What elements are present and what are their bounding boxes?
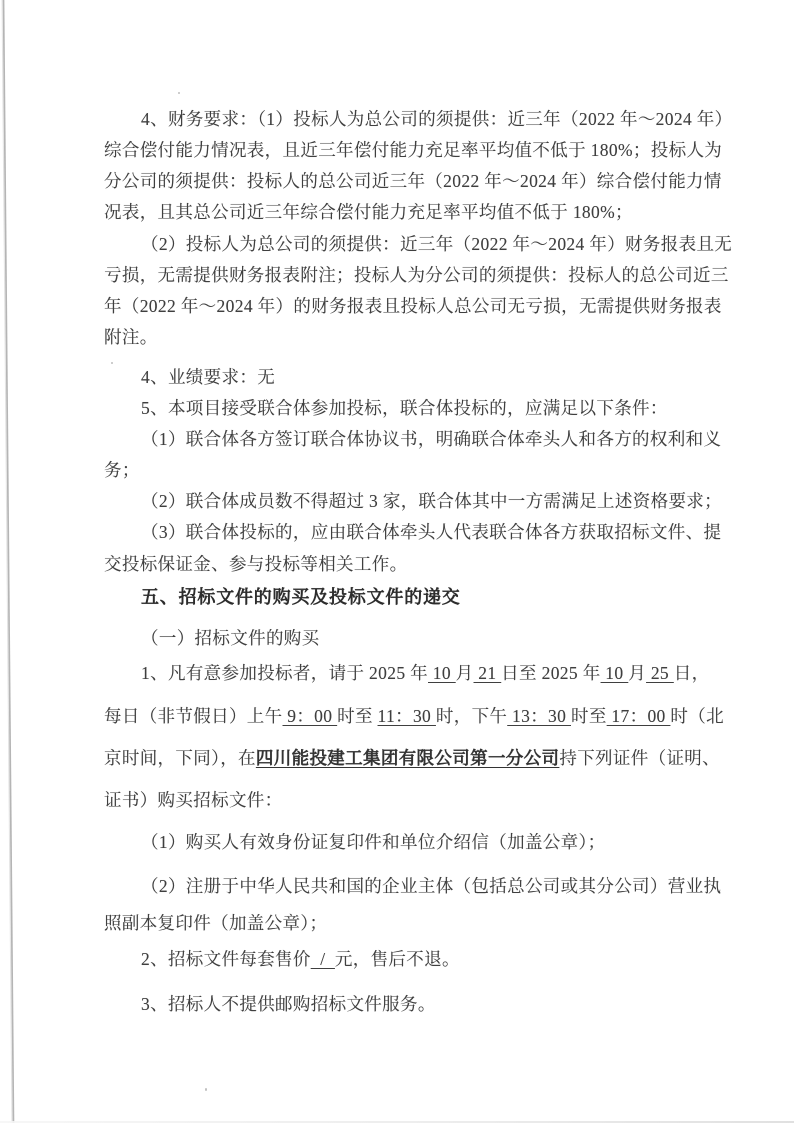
text-segment: 证书）购买招标文件： xyxy=(104,790,283,810)
text-segment: 2、招标文件每套售价 xyxy=(141,949,311,969)
text-segment: 时，下午 xyxy=(436,706,507,726)
scanned-document-page: 4、财务要求：（1）投标人为总公司的须提供：近三年（2022 年～2024 年）… xyxy=(0,0,794,1123)
text-line-6: 亏损，无需提供财务报表附注；投标人为分公司的须提供：投标人的总公司近三 xyxy=(104,264,729,287)
text-line-4: 况表，且其总公司近三年综合偿付能力充足率平均值不低于 180%； xyxy=(104,201,633,224)
text-line-13: （2）联合体成员数不得超过 3 家，联合体其中一方需满足上述资格要求； xyxy=(141,490,722,513)
text-segment: 4、业绩要求：无 xyxy=(141,367,275,387)
underlined-fill-in-text: 11：30 xyxy=(378,706,436,726)
text-segment: 5、本项目接受联合体参加投标，联合体投标的，应满足以下条件： xyxy=(141,398,668,418)
text-segment: 持下列证件（证明、 xyxy=(559,748,720,768)
document-text: 4、财务要求：（1）投标人为总公司的须提供：近三年（2022 年～2024 年）… xyxy=(0,0,794,1123)
text-segment: 交投标保证金、参与投标等相关工作。 xyxy=(104,554,407,574)
text-segment: （一）招标文件的购买 xyxy=(141,628,320,648)
text-line-21: 证书）购买招标文件： xyxy=(104,789,283,812)
text-segment: 时至 xyxy=(571,706,607,726)
scan-speck xyxy=(205,1088,207,1091)
text-segment: 附注。 xyxy=(104,327,158,347)
text-segment: （2）联合体成员数不得超过 3 家，联合体其中一方需满足上述资格要求； xyxy=(141,491,722,511)
text-segment: 每日（非节假日）上午 xyxy=(104,706,283,726)
text-line-7: 年（2022 年～2024 年）的财务报表且投标人总公司无亏损，无需提供财务报表 xyxy=(104,295,722,318)
text-segment: 况表，且其总公司近三年综合偿付能力充足率平均值不低于 180%； xyxy=(104,202,633,222)
underlined-fill-in-text: 9：00 xyxy=(283,706,338,726)
scan-speck xyxy=(111,362,113,364)
underlined-fill-in-text: 10 xyxy=(601,663,629,683)
underlined-fill-in-text: 17：00 xyxy=(607,706,671,726)
text-line-24: 照副本复印件（加盖公章）； xyxy=(104,912,327,935)
text-line-22: （1）购买人有效身份证复印件和单位介绍信（加盖公章）； xyxy=(141,831,605,854)
text-line-12: 务； xyxy=(104,459,140,482)
text-segment: 年（2022 年～2024 年）的财务报表且投标人总公司无亏损，无需提供财务报表 xyxy=(104,296,722,316)
underlined-fill-in-text: 21 xyxy=(474,663,502,683)
scan-speck xyxy=(178,92,180,94)
text-line-8: 附注。 xyxy=(104,326,158,349)
text-segment: （1）联合体各方签订联合体协议书，明确联合体牵头人和各方的权利和义 xyxy=(141,429,721,449)
text-segment: 时（北 xyxy=(670,706,724,726)
text-segment: 京时间，下同），在 xyxy=(104,748,256,768)
text-line-11: （1）联合体各方签订联合体协议书，明确联合体牵头人和各方的权利和义 xyxy=(141,428,721,451)
text-line-2: 综合偿付能力情况表，且近三年偿付能力充足率平均值不低于 180%；投标人为 xyxy=(104,139,722,162)
text-segment: （3）联合体投标的，应由联合体牵头人代表联合体各方获取招标文件、提 xyxy=(141,522,721,542)
text-line-17: （一）招标文件的购买 xyxy=(141,627,320,650)
text-line-20: 京时间，下同），在四川能投建工集团有限公司第一分公司持下列证件（证明、 xyxy=(104,747,720,770)
text-line-5: （2）投标人为总公司的须提供：近三年（2022 年～2024 年）财务报表且无 xyxy=(141,233,732,256)
text-segment: 1、凡有意参加投标者，请于 2025 年 xyxy=(141,663,428,683)
text-line-9: 4、业绩要求：无 xyxy=(141,366,275,389)
text-line-23: （2）注册于中华人民共和国的企业主体（包括总公司或其分公司）营业执 xyxy=(141,875,721,898)
text-segment: （1）购买人有效身份证复印件和单位介绍信（加盖公章）； xyxy=(141,832,605,852)
underlined-fill-in-text: 10 xyxy=(428,663,456,683)
text-segment: 时至 xyxy=(337,706,377,726)
text-segment: 分公司的须提供：投标人的总公司近三年（2022 年～2024 年）综合偿付能力情 xyxy=(104,171,722,191)
text-line-1: 4、财务要求：（1）投标人为总公司的须提供：近三年（2022 年～2024 年） xyxy=(141,108,733,131)
text-segment: （2）投标人为总公司的须提供：近三年（2022 年～2024 年）财务报表且无 xyxy=(141,234,732,254)
text-line-26: 3、招标人不提供邮购招标文件服务。 xyxy=(141,993,436,1016)
text-line-25: 2、招标文件每套售价 / 元，售后不退。 xyxy=(141,948,460,971)
text-segment: 4、财务要求：（1）投标人为总公司的须提供：近三年（2022 年～2024 年） xyxy=(141,109,733,129)
underlined-fill-in-text: 四川能投建工集团有限公司第一分公司 xyxy=(256,748,559,768)
text-segment: 日至 2025 年 xyxy=(501,663,600,683)
text-segment: 亏损，无需提供财务报表附注；投标人为分公司的须提供：投标人的总公司近三 xyxy=(104,265,729,285)
text-segment: 日， xyxy=(674,663,710,683)
text-segment: 3、招标人不提供邮购招标文件服务。 xyxy=(141,994,436,1014)
text-segment: （2）注册于中华人民共和国的企业主体（包括总公司或其分公司）营业执 xyxy=(141,876,721,896)
text-segment: 务； xyxy=(104,460,140,480)
text-line-15: 交投标保证金、参与投标等相关工作。 xyxy=(104,553,407,576)
section-heading: 五、招标文件的购买及投标文件的递交 xyxy=(141,586,461,609)
text-line-14: （3）联合体投标的，应由联合体牵头人代表联合体各方获取招标文件、提 xyxy=(141,521,721,544)
text-segment: 综合偿付能力情况表，且近三年偿付能力充足率平均值不低于 180%；投标人为 xyxy=(104,140,722,160)
text-line-3: 分公司的须提供：投标人的总公司近三年（2022 年～2024 年）综合偿付能力情 xyxy=(104,170,722,193)
underlined-fill-in-text: 13：30 xyxy=(507,706,571,726)
underlined-fill-in-text: 25 xyxy=(646,663,674,683)
text-segment: 月 xyxy=(456,663,474,683)
text-segment: 元，售后不退。 xyxy=(335,949,460,969)
underlined-fill-in-text: / xyxy=(311,949,335,969)
text-segment: 月 xyxy=(628,663,646,683)
scan-speck xyxy=(118,268,120,270)
text-line-10: 5、本项目接受联合体参加投标，联合体投标的，应满足以下条件： xyxy=(141,397,668,420)
text-line-19: 每日（非节假日）上午 9：00 时至 11：30 时，下午 13：30 时至 1… xyxy=(104,705,724,728)
text-segment: 五、招标文件的购买及投标文件的递交 xyxy=(141,587,461,607)
text-line-18: 1、凡有意参加投标者，请于 2025 年 10 月 21 日至 2025 年 1… xyxy=(141,662,709,685)
text-segment: 照副本复印件（加盖公章）； xyxy=(104,913,327,933)
